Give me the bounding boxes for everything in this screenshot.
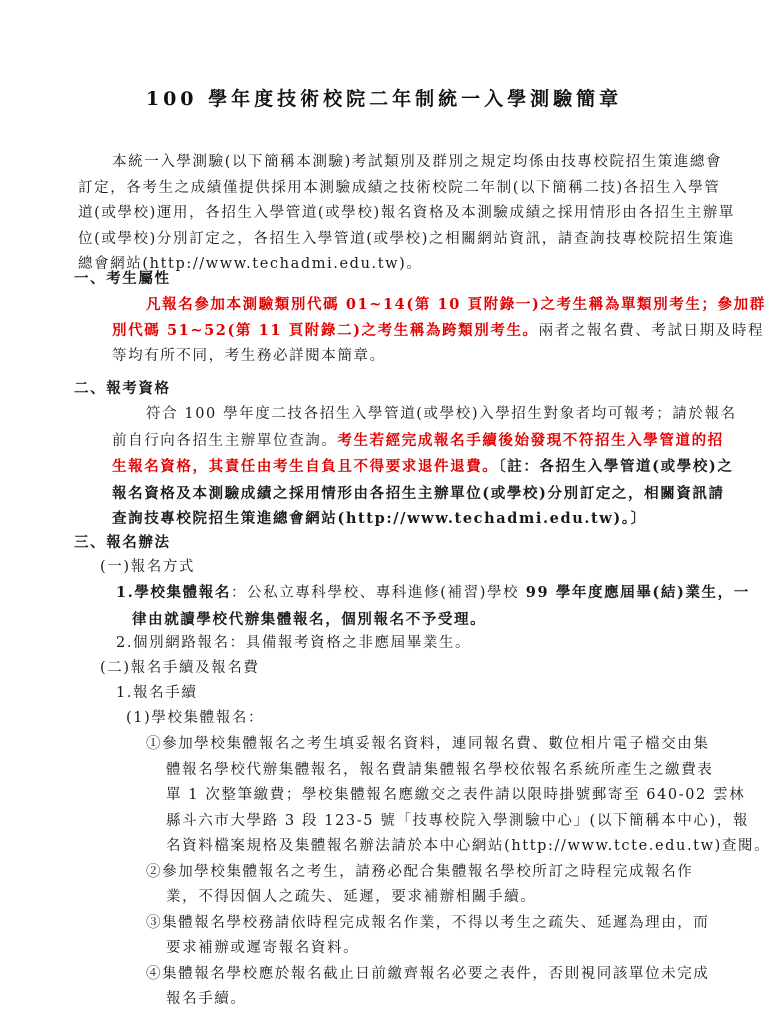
section1-red-line: 凡報名參加本測驗類別代碼 01~14(第 10 頁附錄一)之考生稱為單類別考生；… <box>112 292 766 318</box>
circled-item-1: 單 1 次整筆繳費；學校集體報名應繳交之表件請以限時掛號郵寄至 640-02 雲… <box>146 783 768 809</box>
section2-text: 前自行向各招生主辦單位查詢。 <box>112 433 337 449</box>
section1-text: 等均有所不同，考生務必詳閱本簡章。 <box>112 344 766 370</box>
intro-line: 道(或學校)運用，各招生入學管道(或學校)報名資格及本測驗成績之採用情形由各招生… <box>78 201 735 227</box>
item1-bold-text: 律由就讀學校代辦集體報名，個別報名不予受理。 <box>116 607 750 633</box>
section2-note: 〔註：各招生入學管道(或學校)之 <box>498 458 733 475</box>
circled-list: ①參加學校集體報名之考生填妥報名資料，連同報名費、數位相片電子檔交由集 體報名學… <box>146 732 768 1013</box>
section2-heading: 二、報考資格 <box>74 376 171 402</box>
section3-item1: 1.學校集體報名：公私立專科學校、專科進修(補習)學校 99 學年度應屆畢(結)… <box>116 580 750 632</box>
section1-body: 凡報名參加本測驗類別代碼 01~14(第 10 頁附錄一)之考生稱為單類別考生；… <box>112 292 766 370</box>
intro-line: 訂定，各考生之成績僅提供採用本測驗成績之技術校院二年制(以下簡稱二技)各招生入學… <box>78 176 735 202</box>
section2-note: 查詢技專校院招生策進總會網站(http://www.techadmi.edu.t… <box>112 506 737 532</box>
section1-red-text: 別代碼 51~52(第 11 頁附錄二)之考生稱為跨類別考生。 <box>112 322 539 339</box>
circled-item-2: ②參加學校集體報名之考生，請務必配合集體報名學校所訂之時程完成報名作 <box>146 860 768 886</box>
section2-body: 符合 100 學年度二技各招生入學管道(或學校)入學招生對象者均可報考；請於報名… <box>112 402 737 532</box>
item1-text: ：公私立專科學校、專科進修(補習)學校 <box>231 585 519 601</box>
circled-item-2: 業，不得因個人之疏失、延遲，要求補辦相關手續。 <box>146 885 768 911</box>
section3-heading: 三、報名辦法 <box>74 530 171 556</box>
section3-sub2-item1: 1.報名手續 <box>116 681 197 707</box>
circled-item-4: 報名手續。 <box>146 987 768 1013</box>
section1-text: 兩者之報名費、考試日期及時程 <box>539 323 764 339</box>
circled-item-4: ④集體報名學校應於報名截止日前繳齊報名必要之表件，否則視同該單位未完成 <box>146 962 768 988</box>
intro-line: 位(或學校)分別訂定之，各招生入學管道(或學校)之相關網站資訊，請查詢技專校院招… <box>78 227 735 253</box>
section3-sub2: (二)報名手續及報名費 <box>100 656 259 682</box>
circled-item-1: 名資料檔案規格及集體報名辦法請於本中心網站(http://www.tcte.ed… <box>146 834 768 860</box>
circled-item-3: ③集體報名學校務請依時程完成報名作業，不得以考生之疏失、延遲為理由，而 <box>146 911 768 937</box>
item1-label: 1.學校集體報名 <box>116 584 231 601</box>
document-page: 100 學年度技術校院二年制統一入學測驗簡章 本統一入學測驗(以下簡稱本測驗)考… <box>0 0 768 1024</box>
section2-red-text: 考生若經完成報名手續後始發現不符招生入學管道的招 <box>337 432 723 449</box>
circled-item-3: 要求補辦或遲寄報名資料。 <box>146 936 768 962</box>
item1-bold-text: 99 學年度應屆畢(結)業生，一 <box>519 584 750 601</box>
intro-line: 本統一入學測驗(以下簡稱本測驗)考試類別及群別之規定均係由技專校院招生策進總會 <box>78 150 735 176</box>
circled-item-1: 體報名學校代辦集體報名，報名費請集體報名學校依報名系統所產生之繳費表 <box>146 758 768 784</box>
section3-item2: 2.個別網路報名：具備報考資格之非應屆畢業生。 <box>116 631 471 657</box>
section1-heading: 一、考生屬性 <box>74 266 171 292</box>
circled-item-1: ①參加學校集體報名之考生填妥報名資料，連同報名費、數位相片電子檔交由集 <box>146 732 768 758</box>
section2-note: 報名資格及本測驗成績之採用情形由各招生主辦單位(或學校)分別訂定之，相關資訊請 <box>112 481 737 507</box>
section3-sub1: (一)報名方式 <box>100 555 195 581</box>
intro-line: 總會網站(http://www.techadmi.edu.tw)。 <box>78 252 735 278</box>
section3-sub2-item1-1: (1)學校集體報名： <box>126 706 264 732</box>
section2-red-text: 生報名資格，其責任由考生自負且不得要求退件退費。 <box>112 458 498 475</box>
document-title: 100 學年度技術校院二年制統一入學測驗簡章 <box>0 84 768 111</box>
intro-paragraph: 本統一入學測驗(以下簡稱本測驗)考試類別及群別之規定均係由技專校院招生策進總會 … <box>78 150 735 278</box>
section2-text: 符合 100 學年度二技各招生入學管道(或學校)入學招生對象者均可報考；請於報名 <box>112 402 737 428</box>
circled-item-1: 縣斗六市大學路 3 段 123-5 號「技專校院入學測驗中心」(以下簡稱本中心)… <box>146 809 768 835</box>
